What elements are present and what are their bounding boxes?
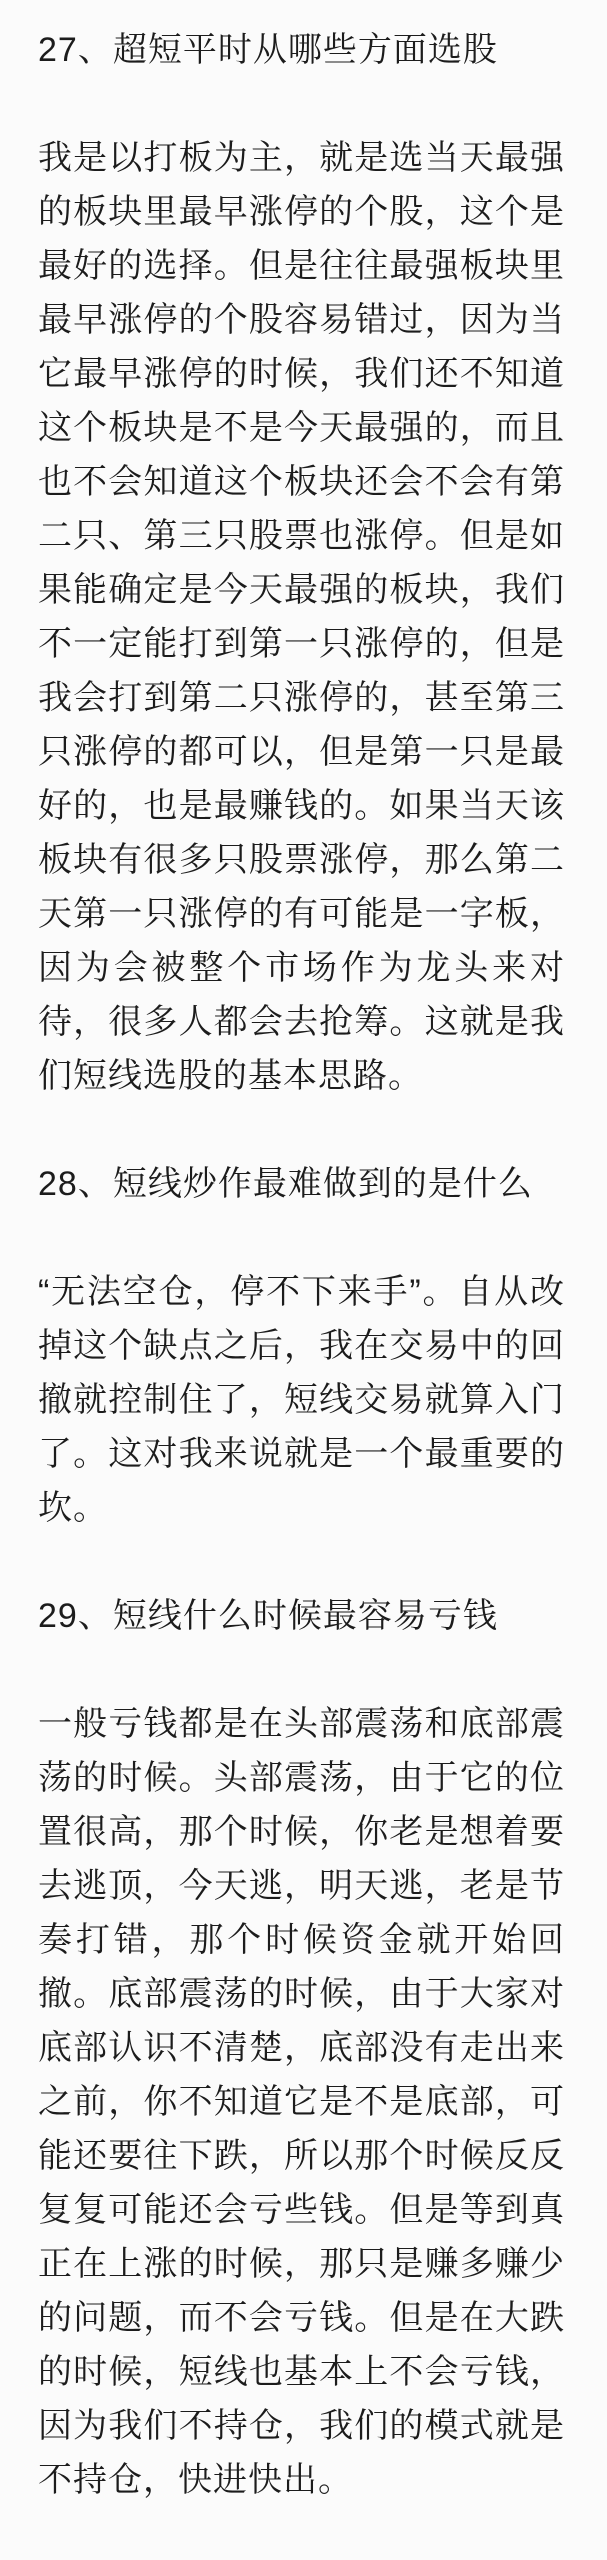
question-heading-28: 28、短线炒作最难做到的是什么 xyxy=(38,1157,565,1211)
qa-section-29: 29、短线什么时候最容易亏钱 一般亏钱都是在头部震荡和底部震荡的时候。头部震荡，… xyxy=(38,1589,565,2507)
question-heading-29: 29、短线什么时候最容易亏钱 xyxy=(38,1589,565,1643)
answer-paragraph-27: 我是以打板为主，就是选当天最强的板块里最早涨停的个股，这个是最好的选择。但是往往… xyxy=(38,131,565,1103)
article-page: 27、超短平时从哪些方面选股 我是以打板为主，就是选当天最强的板块里最早涨停的个… xyxy=(0,0,607,2560)
qa-section-27: 27、超短平时从哪些方面选股 我是以打板为主，就是选当天最强的板块里最早涨停的个… xyxy=(38,23,565,1103)
answer-paragraph-28: “无法空仓，停不下来手”。自从改掉这个缺点之后，我在交易中的回撤就控制住了，短线… xyxy=(38,1265,565,1535)
qa-section-28: 28、短线炒作最难做到的是什么 “无法空仓，停不下来手”。自从改掉这个缺点之后，… xyxy=(38,1157,565,1535)
question-heading-27: 27、超短平时从哪些方面选股 xyxy=(38,23,565,77)
answer-paragraph-29: 一般亏钱都是在头部震荡和底部震荡的时候。头部震荡，由于它的位置很高，那个时候，你… xyxy=(38,1697,565,2507)
